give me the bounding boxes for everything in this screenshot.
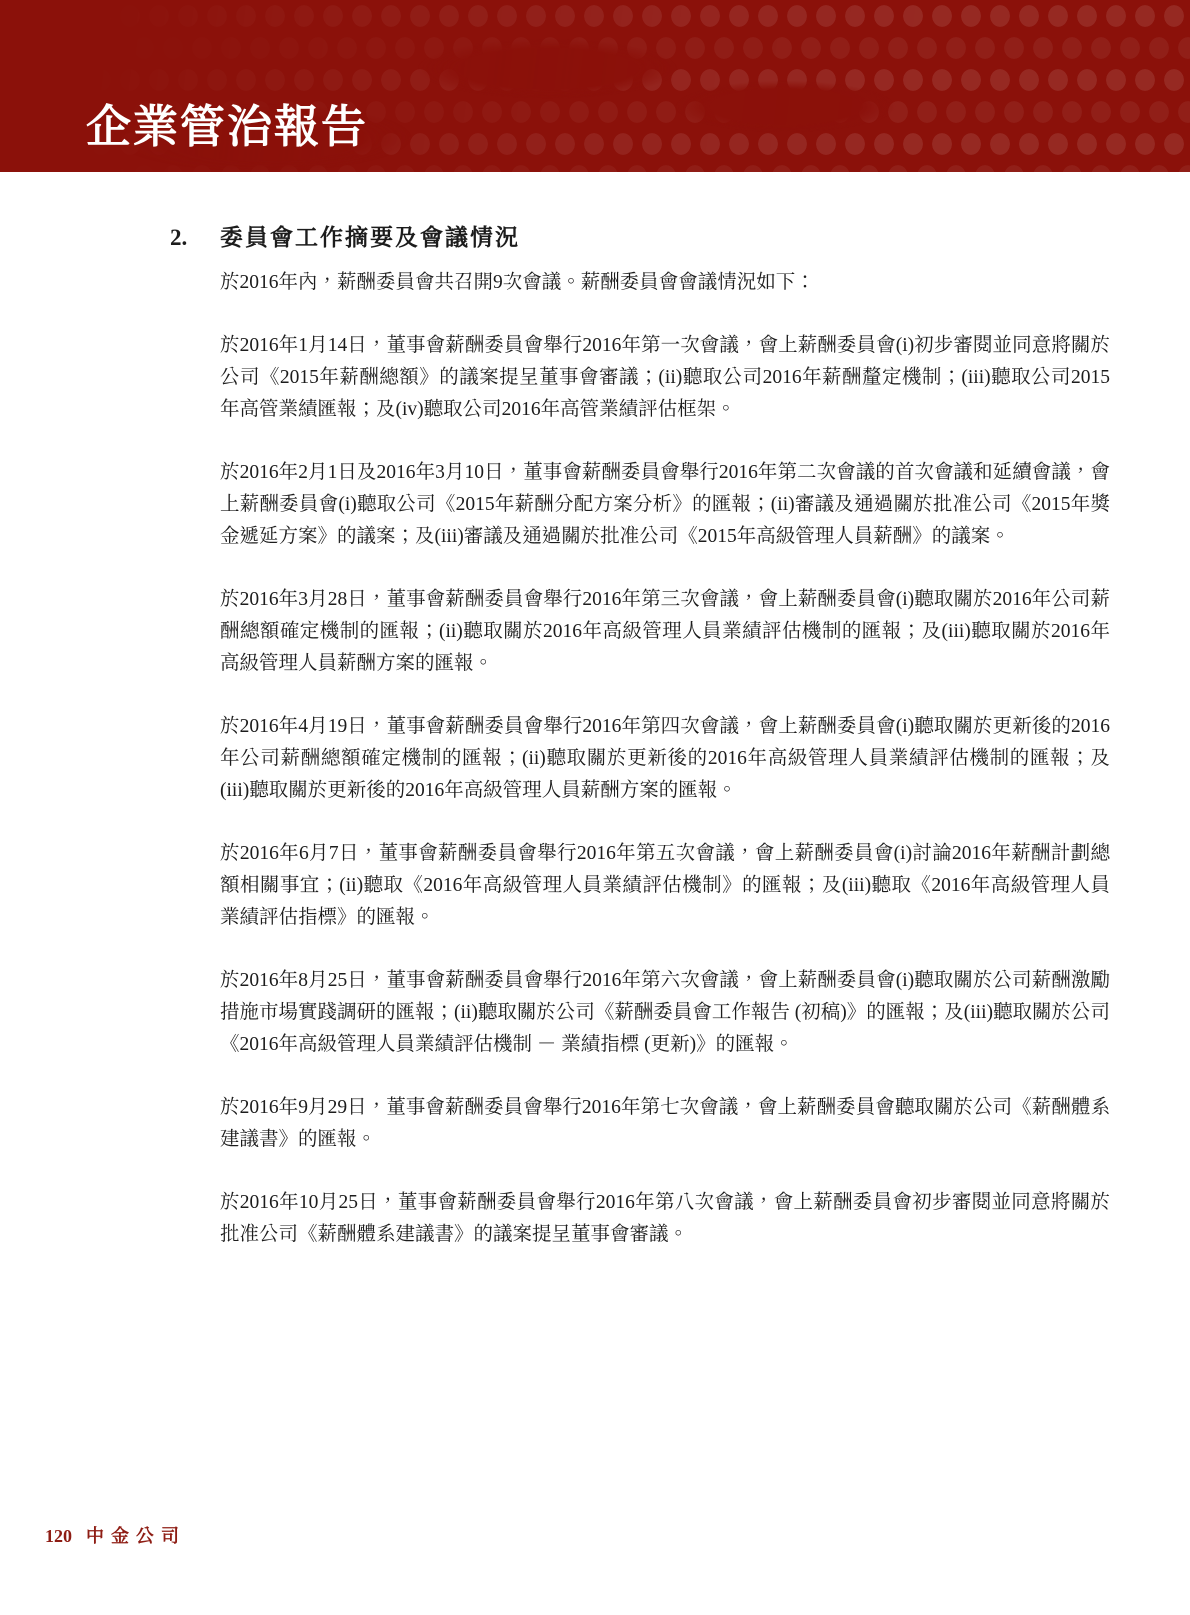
footer-company-name: 中金公司 (86, 1522, 186, 1548)
body-paragraph: 於2016年1月14日，董事會薪酬委員會舉行2016年第一次會議，會上薪酬委員會… (220, 330, 1110, 426)
paragraph-block: 於2016年內，薪酬委員會共召開9次會議。薪酬委員會會議情況如下： 於2016年… (220, 267, 1110, 1251)
body-paragraph: 於2016年4月19日，董事會薪酬委員會舉行2016年第四次會議，會上薪酬委員會… (220, 711, 1110, 807)
section-heading: 委員會工作摘要及會議情況 (220, 222, 520, 254)
page-number: 120 (45, 1526, 72, 1547)
body-paragraph: 於2016年9月29日，董事會薪酬委員會舉行2016年第七次會議，會上薪酬委員會… (220, 1092, 1110, 1156)
body-paragraph: 於2016年3月28日，董事會薪酬委員會舉行2016年第三次會議，會上薪酬委員會… (220, 584, 1110, 680)
body-paragraph: 於2016年8月25日，董事會薪酬委員會舉行2016年第六次會議，會上薪酬委員會… (220, 965, 1110, 1061)
body-paragraph: 於2016年2月1日及2016年3月10日，董事會薪酬委員會舉行2016年第二次… (220, 457, 1110, 553)
page-footer: 120 中金公司 (45, 1522, 186, 1548)
page-title: 企業管治報告 (86, 100, 368, 154)
section-header: 2. 委員會工作摘要及會議情況 (170, 222, 1110, 254)
body-paragraph: 於2016年內，薪酬委員會共召開9次會議。薪酬委員會會議情況如下： (220, 267, 1110, 299)
report-header-banner: 企業管治報告 (0, 0, 1190, 172)
body-paragraph: 於2016年6月7日，董事會薪酬委員會舉行2016年第五次會議，會上薪酬委員會(… (220, 838, 1110, 934)
body-paragraph: 於2016年10月25日，董事會薪酬委員會舉行2016年第八次會議，會上薪酬委員… (220, 1187, 1110, 1251)
document-page: 企業管治報告 2. 委員會工作摘要及會議情況 於2016年內，薪酬委員會共召開9… (0, 0, 1190, 1615)
section-number: 2. (170, 222, 220, 254)
report-body: 2. 委員會工作摘要及會議情況 於2016年內，薪酬委員會共召開9次會議。薪酬委… (170, 222, 1110, 1282)
